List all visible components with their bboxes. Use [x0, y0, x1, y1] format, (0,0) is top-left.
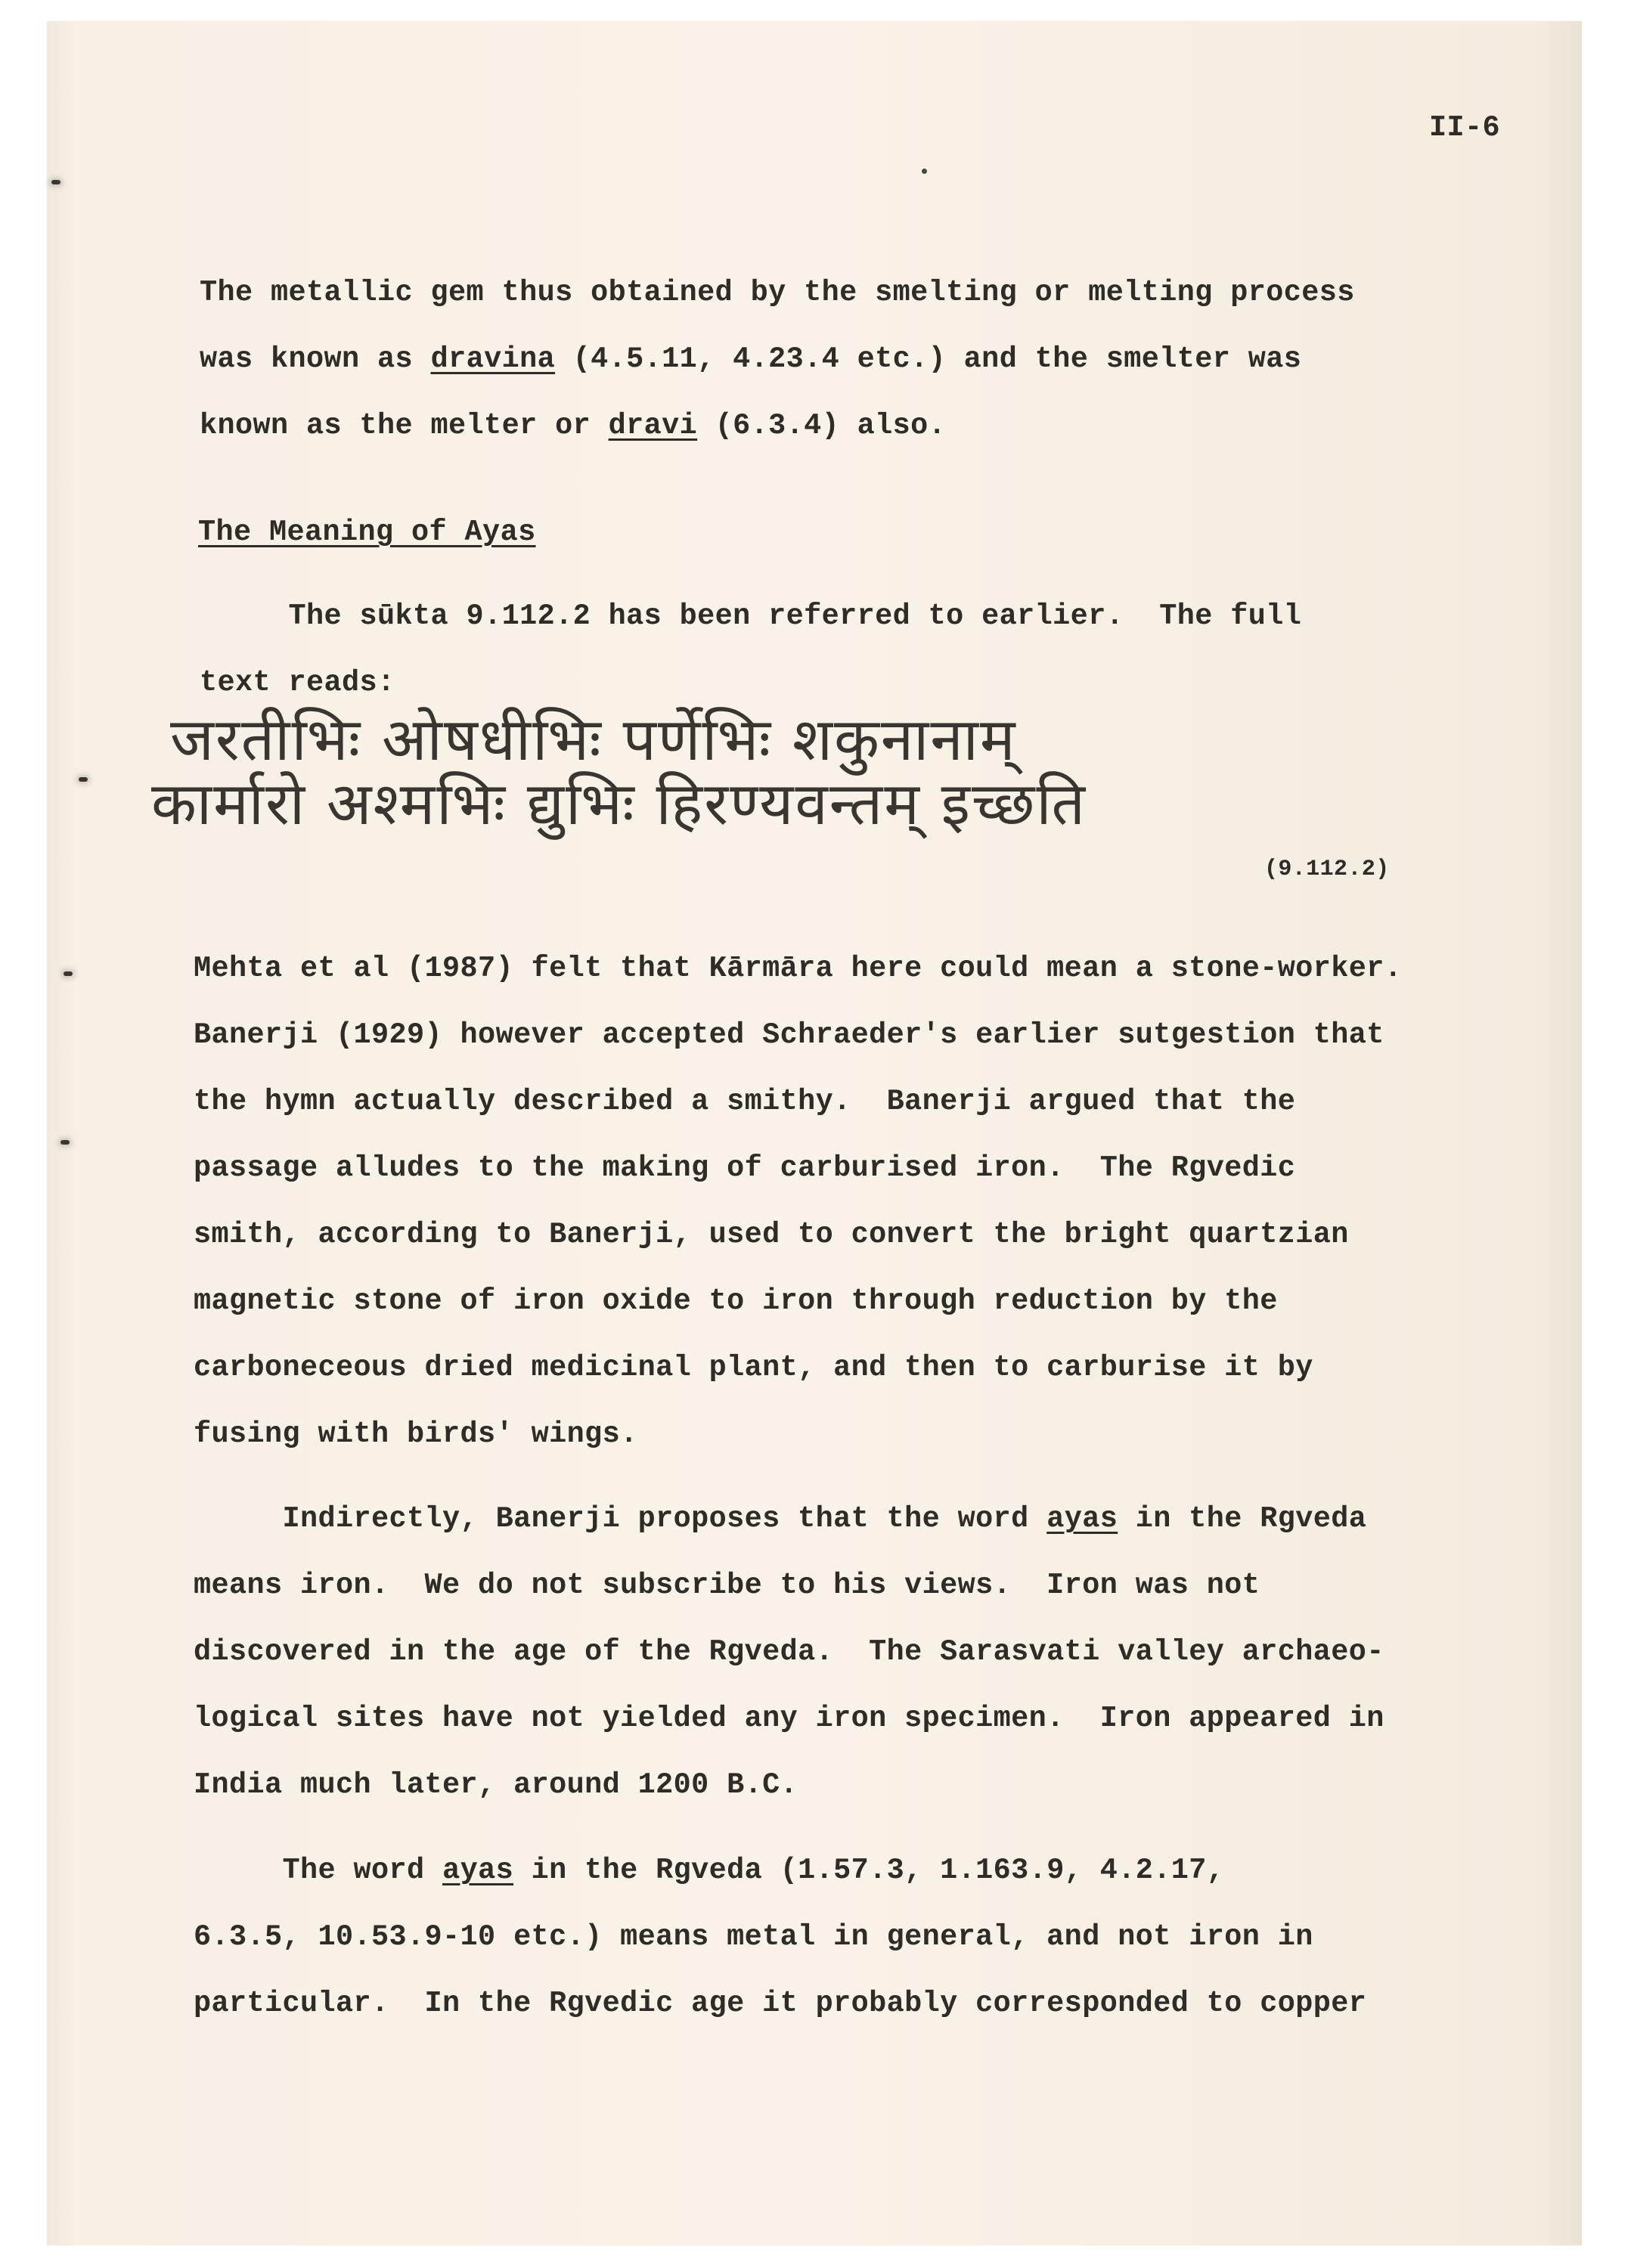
text-run: 6.3.5, 10.53.9-10 etc.) means metal in g…: [194, 1920, 1313, 1954]
text-run: The word: [194, 1854, 442, 1887]
text-run: known as the melter or: [200, 409, 609, 442]
text-run: discovered in the age of the Rgveda. The…: [194, 1635, 1384, 1668]
verse-reference: (9.112.2): [1264, 858, 1390, 881]
text-line: fusing with birds' wings.: [194, 1420, 638, 1449]
text-run: text reads:: [200, 666, 395, 699]
text-line: known as the melter or dravi (6.3.4) als…: [200, 411, 946, 441]
text-run: means iron. We do not subscribe to his v…: [194, 1569, 1260, 1602]
text-run: smith, according to Banerji, used to con…: [194, 1218, 1349, 1251]
text-run: particular. In the Rgvedic age it probab…: [194, 1987, 1366, 2020]
underlined-term: ayas: [1046, 1502, 1118, 1535]
text-line: The sūkta 9.112.2 has been referred to e…: [200, 602, 1301, 631]
text-run: magnetic stone of iron oxide to iron thr…: [194, 1284, 1278, 1318]
text-line: particular. In the Rgvedic age it probab…: [194, 1989, 1366, 2019]
text-run: Indirectly, Banerji proposes that the wo…: [194, 1502, 1046, 1535]
text-run: The metallic gem thus obtained by the sm…: [200, 276, 1355, 309]
text-run: carboneceous dried medicinal plant, and …: [194, 1351, 1313, 1384]
text-run: (6.3.4) also.: [697, 409, 946, 442]
text-line: The word ayas in the Rgveda (1.57.3, 1.1…: [194, 1856, 1224, 1885]
text-line: means iron. We do not subscribe to his v…: [194, 1571, 1260, 1600]
text-line: Indirectly, Banerji proposes that the wo…: [194, 1504, 1366, 1534]
text-line: the hymn actually described a smithy. Ba…: [194, 1087, 1295, 1117]
text-run: The sūkta 9.112.2 has been referred to e…: [200, 600, 1301, 633]
section-heading: The Meaning of Ayas: [198, 518, 536, 547]
text-line: logical sites have not yielded any iron …: [194, 1704, 1384, 1734]
text-run: (4.5.11, 4.23.4 etc.) and the smelter wa…: [555, 342, 1301, 376]
text-run: the hymn actually described a smithy. Ba…: [194, 1085, 1295, 1118]
ink-speck: [922, 169, 927, 174]
punch-hole-mark: [60, 1140, 70, 1145]
text-run: Banerji (1929) however accepted Schraede…: [194, 1018, 1384, 1052]
text-line: text reads:: [200, 668, 395, 698]
text-run: India much later, around 1200 B.C.: [194, 1768, 798, 1802]
text-line: was known as dravina (4.5.11, 4.23.4 etc…: [200, 345, 1301, 374]
text-line: Mehta et al (1987) felt that Kārmāra her…: [194, 954, 1402, 984]
underlined-term: dravi: [609, 409, 698, 442]
punch-hole-mark: [51, 180, 60, 184]
text-line: 6.3.5, 10.53.9-10 etc.) means metal in g…: [194, 1923, 1313, 1952]
text-run: passage alludes to the making of carburi…: [194, 1151, 1295, 1185]
sanskrit-verse-line-1: जरतीभिः ओषधीभिः पर्णेभिः शकुनानाम्: [170, 711, 1017, 770]
punch-hole-mark: [79, 777, 88, 782]
text-line: The metallic gem thus obtained by the sm…: [200, 278, 1355, 308]
text-run: logical sites have not yielded any iron …: [194, 1702, 1384, 1735]
text-line: India much later, around 1200 B.C.: [194, 1771, 798, 1800]
punch-hole-mark: [64, 971, 73, 976]
text-line: Banerji (1929) however accepted Schraede…: [194, 1021, 1384, 1050]
text-line: magnetic stone of iron oxide to iron thr…: [194, 1287, 1278, 1316]
text-run: in the Rgveda: [1118, 1502, 1366, 1535]
text-line: passage alludes to the making of carburi…: [194, 1154, 1295, 1183]
text-line: smith, according to Banerji, used to con…: [194, 1220, 1349, 1250]
page-number: II-6: [1429, 113, 1500, 143]
underlined-term: ayas: [442, 1854, 513, 1887]
text-run: was known as: [200, 342, 431, 376]
text-line: carboneceous dried medicinal plant, and …: [194, 1353, 1313, 1383]
text-run: fusing with birds' wings.: [194, 1417, 638, 1451]
sanskrit-verse-line-2: कार्मारो अश्मभिः द्युभिः हिरण्यवन्तम् इच…: [151, 775, 1087, 834]
text-line: discovered in the age of the Rgveda. The…: [194, 1637, 1384, 1667]
text-run: Mehta et al (1987) felt that Kārmāra her…: [194, 952, 1402, 985]
underlined-term: dravina: [431, 342, 556, 376]
text-run: in the Rgveda (1.57.3, 1.163.9, 4.2.17,: [513, 1854, 1224, 1887]
